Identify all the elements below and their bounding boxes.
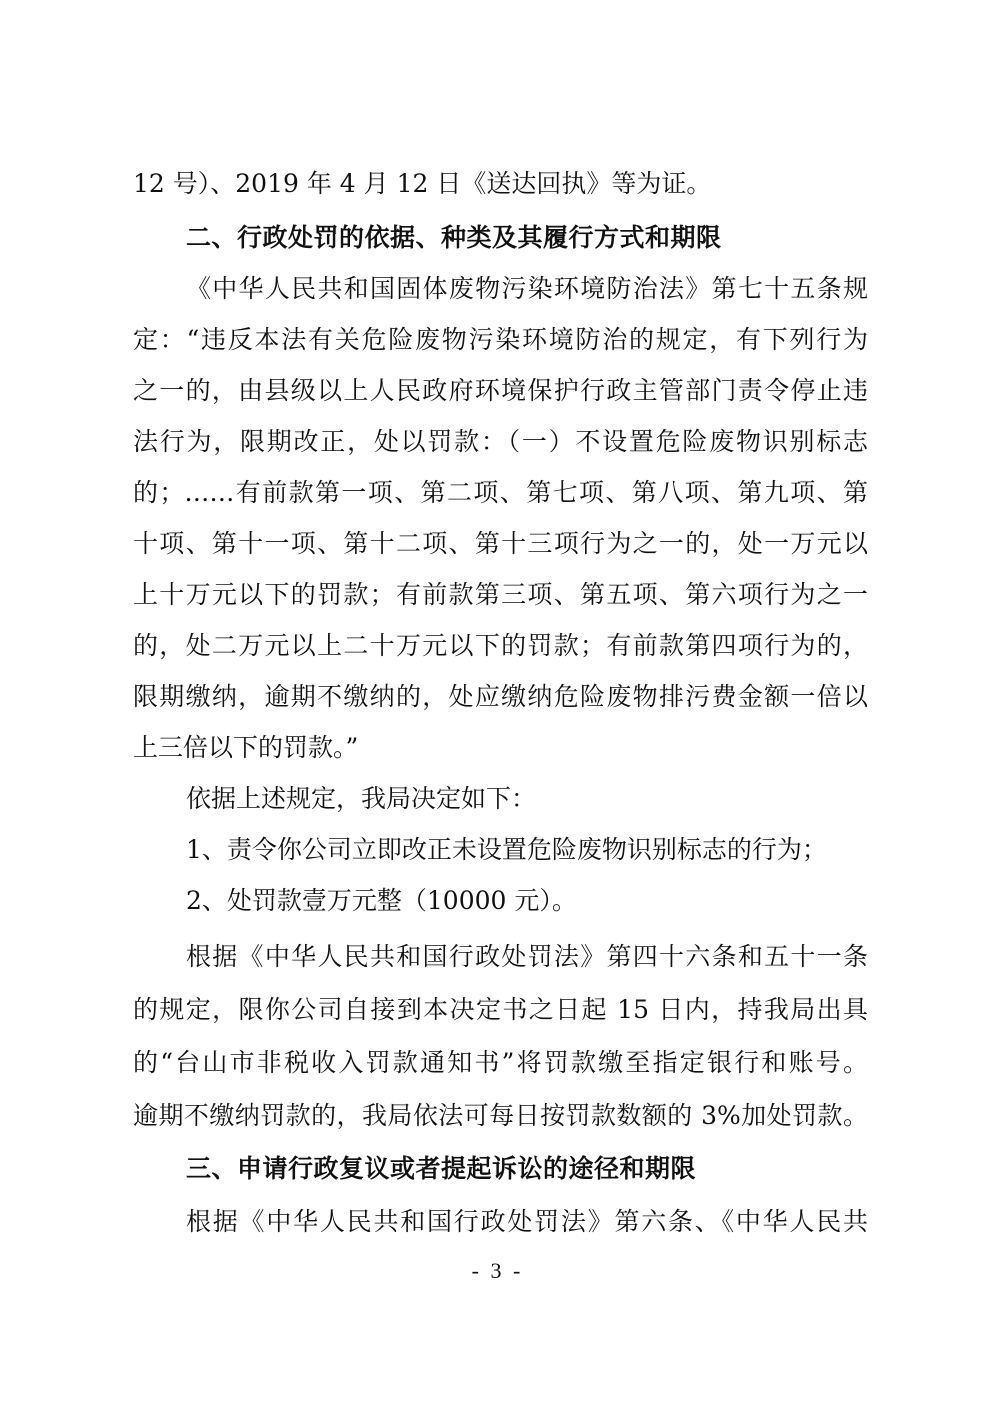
paragraph-line: 上十万元以下的罚款；有前款第三项、第五项、第六项行为之一: [133, 580, 868, 610]
page-number: - 3 -: [0, 1258, 992, 1284]
paragraph-line: 的规定，限你公司自接到本决定书之日起 15 日内，持我局出具: [133, 995, 868, 1025]
document-page: 12 号）、2019 年 4 月 12 日《送达回执》等为证。 二、行政处罚的依…: [0, 0, 992, 1403]
paragraph-line: 的“台山市非税收入罚款通知书”将罚款缴至指定银行和账号。: [133, 1048, 868, 1078]
paragraph-line: 定：“违反本法有关危险废物污染环境防治的规定，有下列行为: [133, 325, 868, 355]
paragraph-line: 限期缴纳，逾期不缴纳的，处应缴纳危险废物排污费金额一倍以: [133, 682, 868, 712]
decision-item-1: 1、责令你公司立即改正未设置危险废物识别标志的行为；: [186, 835, 868, 865]
evidence-line: 12 号）、2019 年 4 月 12 日《送达回执》等为证。: [133, 169, 868, 199]
paragraph-line: 的；……有前款第一项、第二项、第七项、第八项、第九项、第: [133, 478, 868, 508]
paragraph-line: 上三倍以下的罚款。”: [133, 733, 868, 763]
paragraph-line: 根据《中华人民共和国行政处罚法》第四十六条和五十一条: [186, 942, 868, 972]
paragraph-line: 根据《中华人民共和国行政处罚法》第六条、《中华人民共: [186, 1207, 868, 1237]
paragraph-line: 法行为，限期改正，处以罚款：（一）不设置危险废物识别标志: [133, 427, 868, 457]
section-heading-penalty-basis: 二、行政处罚的依据、种类及其履行方式和期限: [186, 223, 868, 253]
paragraph-line: 十项、第十一项、第十二项、第十三项行为之一的，处一万元以: [133, 529, 868, 559]
section-heading-appeal: 三、申请行政复议或者提起诉讼的途径和期限: [186, 1154, 868, 1184]
decision-intro: 依据上述规定，我局决定如下：: [186, 784, 868, 814]
paragraph-line: 的，处二万元以上二十万元以下的罚款；有前款第四项行为的，: [133, 631, 868, 661]
paragraph-line: 之一的，由县级以上人民政府环境保护行政主管部门责令停止违: [133, 376, 868, 406]
paragraph-line: 逾期不缴纳罚款的，我局依法可每日按罚款数额的 3%加处罚款。: [133, 1101, 868, 1131]
paragraph-line: 《中华人民共和国固体废物污染环境防治法》第七十五条规: [186, 274, 868, 304]
decision-item-2: 2、处罚款壹万元整（10000 元）。: [186, 886, 868, 916]
